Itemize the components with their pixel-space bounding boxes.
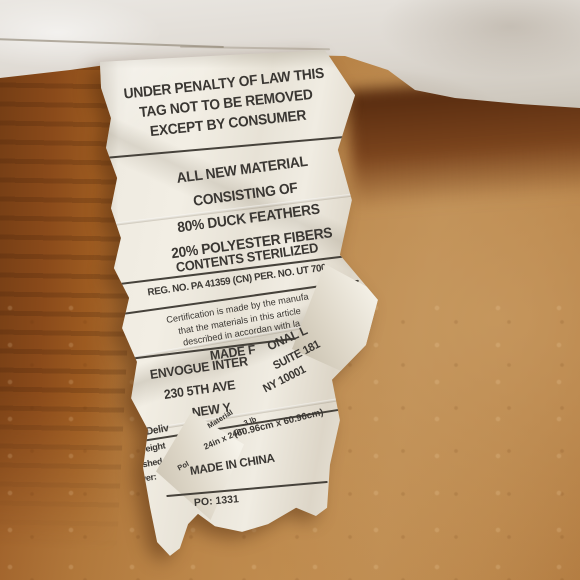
law-tag-wrap: UNDER PENALTY OF LAW THIS TAG NOT TO BE … <box>0 0 580 580</box>
law-tag: UNDER PENALTY OF LAW THIS TAG NOT TO BE … <box>92 48 384 560</box>
illegible-small-text <box>124 491 146 498</box>
po-number-line: PO: 1331 <box>193 493 239 509</box>
fold-text-zip: NY 10001 <box>261 364 308 396</box>
cover-line: Cover: <box>129 471 157 485</box>
warning-section: UNDER PENALTY OF LAW THIS TAG NOT TO BE … <box>109 62 342 146</box>
address-line: 230 5TH AVE <box>163 377 236 402</box>
paper-fold-right <box>292 264 386 382</box>
photo-pillow-law-tag: UNDER PENALTY OF LAW THIS TAG NOT TO BE … <box>0 0 580 580</box>
